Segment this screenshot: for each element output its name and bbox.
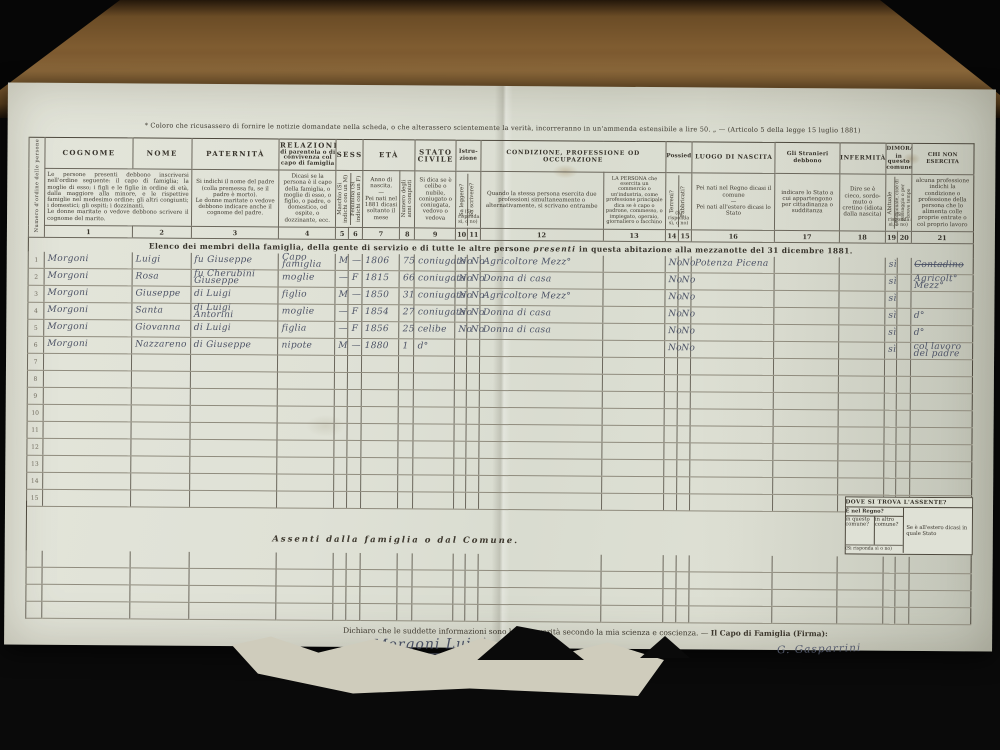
- entry-cell: [884, 376, 896, 393]
- col-possiede-title: Possiede: [666, 142, 693, 173]
- entry-cell: —: [348, 254, 361, 271]
- entry-cell: [466, 407, 478, 424]
- entry-cell: [277, 423, 334, 440]
- entry-cell: [478, 554, 601, 571]
- assenti-section-title: Assenti dalla famiglia o dal Comune.: [272, 534, 519, 546]
- row-number: 7: [27, 353, 43, 370]
- census-table: Numero d'ordine delle persone COGNOME NO…: [26, 137, 975, 514]
- entry-cell: [278, 355, 335, 372]
- entry-cell: [189, 439, 277, 457]
- entry-cell: [360, 441, 398, 458]
- entry-cell: [278, 372, 335, 389]
- entry-cell: [188, 602, 276, 620]
- entry-cell: —: [348, 287, 361, 304]
- entry-cell: [190, 371, 278, 389]
- entry-cell: [397, 570, 412, 587]
- entry-cell: [479, 339, 602, 357]
- row-number: 3: [28, 285, 44, 302]
- entry-cell: [398, 424, 413, 441]
- entry-cell: [837, 590, 883, 607]
- entry-cell: [691, 375, 774, 393]
- entry-cell: [677, 409, 690, 426]
- entry-cell: [346, 586, 359, 603]
- entry-cell: [897, 359, 910, 376]
- entry-cell: [677, 426, 690, 443]
- entry-cell: [414, 373, 455, 390]
- entry-cell: [465, 554, 477, 571]
- entry-cell: [361, 356, 399, 373]
- photo-of-census-sheet: * Coloro che ricusassero di fornire le n…: [0, 0, 1000, 750]
- entry-cell: Agricoltore Mezz°: [480, 288, 603, 306]
- entry-cell: coniugata: [414, 305, 455, 322]
- entry-cell: [909, 461, 972, 478]
- entry-cell: [774, 409, 838, 426]
- entry-cell: [413, 475, 454, 492]
- entry-cell: [895, 607, 908, 624]
- entry-cell: [479, 373, 602, 391]
- entry-cell: [601, 476, 663, 493]
- entry-cell: [348, 389, 361, 406]
- entry-cell: [398, 407, 413, 424]
- entry-cell: 27: [399, 305, 414, 322]
- entry-cell: Morgoni: [44, 285, 132, 303]
- entry-cell: [398, 441, 413, 458]
- entry-cell: [601, 442, 663, 459]
- entry-cell: Donna di casa: [480, 271, 603, 289]
- row-number: 13: [27, 455, 43, 472]
- desc-eta-anno: Anno di nascita. — Pei nati nel 1881 dic…: [362, 171, 400, 228]
- entry-cell: [479, 424, 602, 442]
- entry-cell: [773, 460, 837, 477]
- entry-cell: [414, 407, 455, 424]
- entry-cell: [276, 586, 333, 603]
- entry-cell: [677, 477, 690, 494]
- entry-cell: Donna di casa: [479, 305, 602, 323]
- entry-cell: moglie: [278, 304, 335, 321]
- entry-cell: [663, 572, 676, 589]
- entry-cell: Contadino: [911, 258, 974, 275]
- entry-cell: [413, 458, 454, 475]
- entry-cell: [360, 570, 398, 587]
- entry-cell: [773, 443, 837, 460]
- entry-cell: —: [335, 321, 348, 338]
- entry-cell: [838, 393, 884, 410]
- entry-cell: [397, 553, 412, 570]
- entry-cell: [838, 444, 884, 461]
- desc-dimora: Abituale Occasionale, cioè di passaggio …: [885, 174, 911, 231]
- entry-cell: [277, 474, 334, 491]
- entry-cell: [896, 444, 909, 461]
- entry-cell: coniugato: [415, 254, 456, 271]
- secondary-signature: G. Gasparrini: [777, 642, 862, 656]
- entry-cell: No: [665, 290, 678, 307]
- entry-cell: [131, 439, 190, 456]
- entry-cell: 1806: [362, 254, 400, 271]
- desc-chinon: alcuna professione indichi la condizione…: [911, 174, 974, 231]
- entry-cell: [909, 478, 972, 495]
- entry-cell: [361, 390, 399, 407]
- desc-eta-anni: Numero degli anni compiuti: [400, 171, 416, 228]
- entry-cell: [276, 603, 333, 620]
- entry-cell: [690, 426, 773, 444]
- entry-cell: Santa: [132, 303, 191, 320]
- entry-cell: [454, 424, 466, 441]
- entry-cell: figlia: [278, 321, 335, 338]
- entry-cell: [601, 459, 663, 476]
- row-number: [26, 584, 42, 601]
- entry-cell: [689, 606, 772, 624]
- entry-cell: [477, 604, 600, 622]
- entry-cell: [839, 308, 885, 325]
- entry-cell: [884, 444, 896, 461]
- entry-cell: [278, 406, 335, 423]
- entry-cell: [453, 587, 465, 604]
- entry-cell: [896, 410, 909, 427]
- entry-cell: [883, 557, 895, 574]
- entry-cell: di Luigi: [190, 320, 278, 338]
- entry-cell: M: [335, 287, 348, 304]
- entry-cell: [478, 570, 601, 588]
- desc-relazione: Dicasi se la persona è il capo della fam…: [279, 170, 336, 227]
- entry-cell: [43, 404, 131, 422]
- entry-cell: 1880: [361, 339, 399, 356]
- col-stato-title: STATO CIVILE: [415, 140, 456, 171]
- entry-cell: [398, 458, 413, 475]
- entry-cell: [347, 423, 360, 440]
- entry-cell: [909, 557, 972, 574]
- entry-cell: [334, 406, 347, 423]
- entry-cell: [678, 358, 691, 375]
- census-sheet-paper: * Coloro che ricusassero di fornire le n…: [4, 83, 996, 652]
- entry-cell: [910, 410, 973, 427]
- entry-cell: [664, 375, 677, 392]
- entry-cell: F: [348, 270, 361, 287]
- entry-cell: [663, 477, 676, 494]
- entry-cell: celibe: [414, 322, 455, 339]
- entry-cell: 31: [399, 288, 414, 305]
- entry-cell: [884, 478, 896, 495]
- entry-cell: [465, 587, 477, 604]
- entry-cell: [413, 424, 454, 441]
- entry-cell: di Giuseppe: [190, 337, 278, 355]
- entry-cell: [884, 410, 896, 427]
- entry-cell: [664, 443, 677, 460]
- entry-cell: [333, 586, 346, 603]
- entry-cell: d°: [910, 308, 973, 325]
- entry-cell: M: [335, 254, 348, 271]
- desc-cognome-nome: Le persone presenti debbono inscriversi …: [45, 168, 192, 226]
- entry-cell: [775, 257, 839, 274]
- entry-cell: [397, 587, 412, 604]
- entry-cell: [664, 426, 677, 443]
- entry-cell: [897, 342, 910, 359]
- entry-cell: [691, 341, 774, 359]
- entry-cell: [884, 393, 896, 410]
- entry-cell: [664, 358, 677, 375]
- row-number: 8: [27, 370, 43, 387]
- entry-cell: [897, 393, 910, 410]
- entry-cell: Giovanna: [132, 320, 191, 337]
- entry-cell: [837, 478, 883, 495]
- assenti-table: [25, 551, 971, 626]
- entry-cell: [190, 388, 278, 406]
- entry-cell: [131, 422, 190, 439]
- entry-cell: [454, 441, 466, 458]
- entry-cell: Rosa: [132, 269, 191, 286]
- entry-cell: Luigi: [132, 252, 191, 269]
- entry-cell: No: [665, 307, 678, 324]
- entry-cell: [467, 356, 479, 373]
- entry-cell: [838, 376, 884, 393]
- entry-cell: moglie: [278, 270, 335, 287]
- entry-cell: [412, 587, 453, 604]
- entry-cell: Morgoni: [44, 268, 132, 286]
- entry-cell: [131, 354, 190, 371]
- entry-cell: [603, 272, 665, 289]
- entry-cell: [188, 568, 276, 586]
- entry-cell: No: [665, 324, 678, 341]
- entry-cell: [602, 289, 664, 306]
- entry-cell: [346, 569, 359, 586]
- entry-cell: coniugata: [415, 271, 456, 288]
- entry-cell: [347, 440, 360, 457]
- entry-cell: [398, 475, 413, 492]
- entry-cell: [677, 392, 690, 409]
- entry-cell: [360, 475, 398, 492]
- entry-cell: [772, 606, 836, 623]
- entry-cell: [333, 553, 346, 570]
- entry-cell: [838, 359, 884, 376]
- entry-cell: [453, 554, 465, 571]
- entry-cell: —: [335, 304, 348, 321]
- entry-cell: [130, 585, 189, 602]
- entry-cell: [838, 427, 884, 444]
- desc-stato: Si dica se è celibe o nubile, coniugato …: [415, 171, 456, 228]
- entry-cell: [335, 355, 348, 372]
- entry-cell: sì: [885, 308, 897, 325]
- entry-cell: [677, 460, 690, 477]
- entry-cell: Morgoni: [44, 302, 132, 320]
- entry-cell: [131, 388, 190, 405]
- entry-cell: [895, 557, 908, 574]
- entry-cell: [908, 590, 971, 607]
- entry-cell: [897, 308, 910, 325]
- entry-cell: [690, 477, 773, 495]
- entry-cell: nipote: [278, 338, 335, 355]
- entry-cell: sì: [885, 274, 897, 291]
- entry-cell: [676, 572, 689, 589]
- entry-cell: [677, 443, 690, 460]
- entry-cell: M: [335, 338, 348, 355]
- entry-cell: [454, 373, 466, 390]
- entry-cell: [602, 374, 664, 391]
- entry-cell: [676, 606, 689, 623]
- dove-estero-label: Se è all'estero dicasi in quale Stato: [904, 508, 971, 553]
- entry-cell: [346, 553, 359, 570]
- entry-cell: Morgoni: [44, 252, 132, 269]
- entry-cell: [910, 376, 973, 393]
- entry-cell: [453, 604, 465, 621]
- entry-cell: [130, 602, 189, 619]
- entry-cell: [838, 325, 884, 342]
- entry-cell: [897, 291, 910, 308]
- entry-cell: [664, 460, 677, 477]
- entry-cell: [837, 573, 883, 590]
- entry-cell: [346, 603, 359, 620]
- entry-cell: [414, 356, 455, 373]
- desc-sesso: Maschio (Si indichi con un M) Femmina (S…: [336, 170, 363, 227]
- entry-cell: [130, 568, 189, 585]
- entry-cell: [413, 441, 454, 458]
- entry-cell: [414, 390, 455, 407]
- entry-cell: [601, 555, 663, 572]
- entry-cell: [397, 604, 412, 621]
- entry-cell: [454, 390, 466, 407]
- entry-cell: [466, 475, 478, 492]
- entry-cell: [467, 373, 479, 390]
- entry-cell: [277, 440, 334, 457]
- row-number: 4: [28, 302, 44, 319]
- row-number: 2: [28, 268, 44, 285]
- dove-altro-comune-label: in altro comune?: [874, 517, 904, 545]
- entry-cell: [884, 427, 896, 444]
- row-number: 6: [28, 336, 44, 353]
- entry-cell: [278, 389, 335, 406]
- entry-cell: [399, 390, 414, 407]
- entry-cell: [895, 590, 908, 607]
- entry-cell: [361, 424, 399, 441]
- entry-cell: Giuseppe: [132, 286, 191, 303]
- entry-cell: col lavoro del padre: [910, 342, 973, 359]
- entry-cell: [334, 423, 347, 440]
- entry-cell: [602, 391, 664, 408]
- entry-cell: [772, 589, 836, 606]
- entry-cell: [42, 551, 130, 568]
- entry-cell: [131, 473, 190, 490]
- entry-cell: [359, 587, 397, 604]
- entry-cell: 25: [399, 322, 414, 339]
- entry-cell: [909, 444, 972, 461]
- col-dimora-title: DIMORAin questo comune: [886, 143, 912, 174]
- entry-cell: [884, 359, 896, 376]
- entry-cell: [453, 570, 465, 587]
- entry-cell: Agricolt° Mezz°: [911, 274, 974, 291]
- entry-cell: sì: [885, 258, 897, 275]
- entry-cell: F: [348, 321, 361, 338]
- entry-cell: [897, 325, 910, 342]
- entry-cell: [454, 458, 466, 475]
- entry-cell: [897, 376, 910, 393]
- entry-cell: [454, 475, 466, 492]
- entry-cell: [910, 291, 973, 308]
- row-number: [26, 551, 42, 568]
- entry-cell: 1856: [361, 322, 399, 339]
- entry-cell: [467, 390, 479, 407]
- entry-cell: [691, 358, 774, 376]
- entry-cell: [838, 410, 884, 427]
- entry-cell: [896, 478, 909, 495]
- entry-cell: [42, 601, 130, 619]
- entry-cell: Agricoltore Mezz°: [480, 255, 603, 272]
- entry-cell: [361, 407, 399, 424]
- col-stranieri-title: Gli Stranieri debbono: [775, 142, 839, 173]
- entry-cell: [602, 340, 664, 357]
- row-number: 1: [28, 252, 44, 269]
- row-number: 9: [27, 387, 43, 404]
- entry-cell: fu Cherubini Giuseppe: [191, 269, 279, 287]
- col-infermita-title: INFERMITÀ: [840, 143, 887, 174]
- entry-cell: 1850: [361, 288, 399, 305]
- entry-cell: [677, 375, 690, 392]
- col-eta-title: ETÀ: [362, 140, 415, 171]
- entry-cell: [479, 356, 602, 374]
- entry-cell: [774, 358, 838, 375]
- entry-cell: [663, 555, 676, 572]
- entry-cell: [467, 339, 479, 356]
- entry-cell: —: [335, 270, 348, 287]
- desc-paternita: Si indichi il nome del padre (colla prem…: [191, 169, 279, 227]
- entry-cell: [909, 427, 972, 444]
- entry-cell: [601, 425, 663, 442]
- col-condizione-title: CONDIZIONE, PROFESSIONE OD OCCUPAZIONE: [481, 140, 666, 172]
- entry-cell: [691, 324, 774, 342]
- col-sesso-title: SESSO: [336, 139, 363, 170]
- entry-cell: di Luigi: [190, 286, 278, 304]
- entry-cell: [910, 359, 973, 376]
- entry-cell: [839, 291, 885, 308]
- desc-luogo: Pei nati nel Regno dicasi il comune — Pe…: [692, 173, 776, 231]
- entry-cell: [455, 339, 467, 356]
- entry-cell: [43, 455, 131, 473]
- col-cognome-title: COGNOME: [45, 137, 133, 169]
- entry-cell: [689, 572, 772, 590]
- entry-cell: 1815: [362, 271, 400, 288]
- entry-cell: [602, 306, 664, 323]
- dove-questo-comune-label: in questo comune?: [845, 516, 874, 544]
- entry-cell: [43, 438, 131, 456]
- entry-cell: [664, 392, 677, 409]
- entry-cell: [399, 373, 414, 390]
- entry-cell: Morgoni: [44, 319, 132, 337]
- entry-cell: [773, 477, 837, 494]
- entry-cell: [333, 569, 346, 586]
- entry-cell: [883, 573, 895, 590]
- entry-cell: [276, 569, 333, 586]
- col-istruzione-title: Istru-zione: [456, 140, 481, 171]
- entry-cell: figlio: [278, 287, 335, 304]
- desc-condizione-12: Quando la stessa persona esercita due pr…: [480, 171, 603, 229]
- entry-cell: [465, 570, 477, 587]
- desc-possiede: Terreni? Fabbricati? (Si risponda sì, o …: [665, 173, 692, 230]
- entry-cell: [897, 274, 910, 291]
- col-num-header: Numero d'ordine delle persone: [28, 137, 45, 237]
- entry-cell: [190, 405, 278, 423]
- entry-cell: [43, 472, 131, 490]
- entry-cell: [774, 324, 838, 341]
- entry-cell: [884, 461, 896, 478]
- entry-cell: [478, 458, 601, 476]
- entry-cell: [775, 273, 839, 290]
- entry-cell: [774, 307, 838, 324]
- capo-famiglia-label: Il Capo di Famiglia (Firma):: [711, 628, 828, 638]
- entry-cell: [277, 552, 334, 569]
- entry-cell: di Luigi Antorini: [190, 303, 278, 321]
- entry-cell: Nazzareno: [132, 337, 191, 354]
- entry-cell: No: [664, 341, 677, 358]
- entry-cell: [361, 373, 399, 390]
- entry-cell: [42, 584, 130, 602]
- entry-cell: 66: [399, 271, 414, 288]
